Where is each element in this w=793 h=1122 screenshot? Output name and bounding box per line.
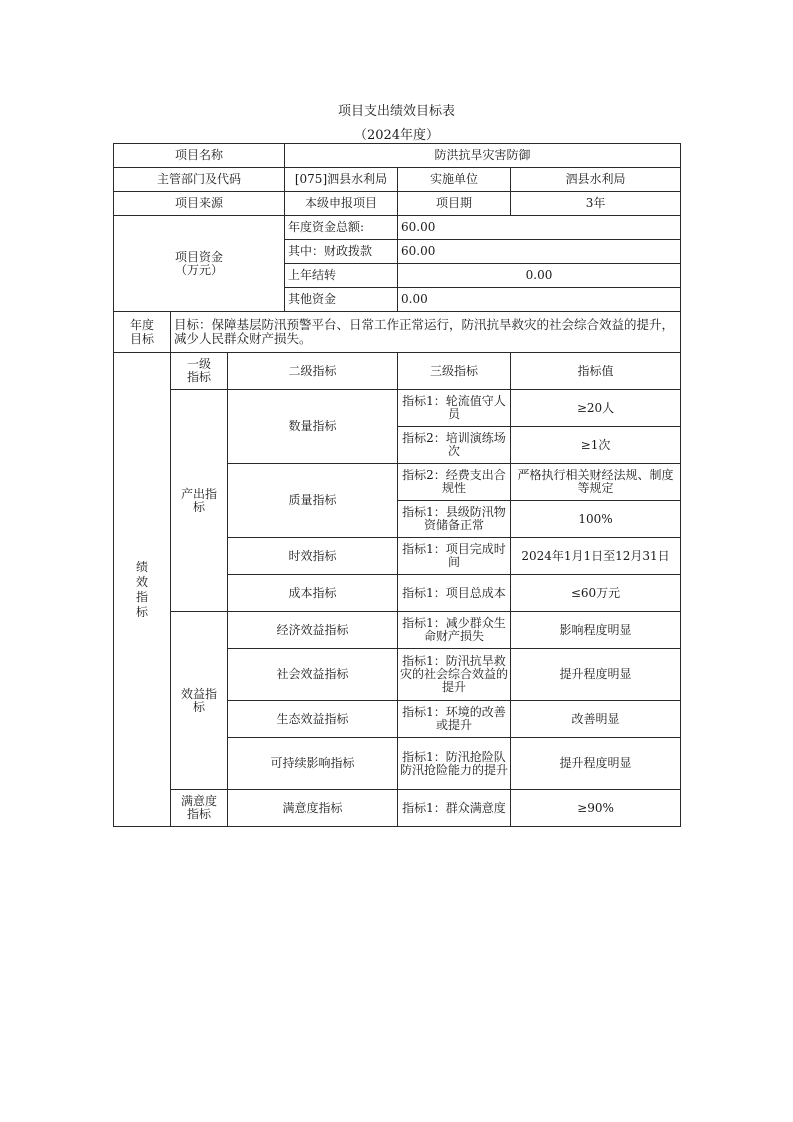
level3-cell: 指标1：项目总成本 (398, 575, 511, 612)
level3-cell: 指标1：防汛抢险队防汛抢险能力的提升 (398, 738, 511, 790)
level3-cell: 指标1：轮流值守人员 (398, 390, 511, 427)
funds-carryover-value: 0.00 (398, 264, 681, 288)
header-level1-text: 一级指标 (185, 358, 213, 384)
value-cell: ≥20人 (511, 390, 681, 427)
value-cell: 严格执行相关财经法规、制度等规定 (511, 464, 681, 501)
value-cell: 100% (511, 501, 681, 538)
level3-cell: 指标2：经费支出合规性 (398, 464, 511, 501)
level3-cell: 指标2：培训演练场次 (398, 427, 511, 464)
level1-output-text: 产出指标 (178, 488, 220, 514)
level3-cell: 指标1：环境的改善或提升 (398, 701, 511, 738)
level1-satisfaction: 满意度指标 (171, 790, 228, 827)
level3-cell: 指标1：县级防汛物资储备正常 (398, 501, 511, 538)
level2-cost: 成本指标 (228, 575, 398, 612)
header-level2: 二级指标 (228, 353, 398, 390)
funds-carryover-label: 上年结转 (285, 264, 398, 288)
level2-timeliness: 时效指标 (228, 538, 398, 575)
value-cell: 2024年1月1日至12月31日 (511, 538, 681, 575)
level2-social: 社会效益指标 (228, 649, 398, 701)
value-cell: 改善明显 (511, 701, 681, 738)
level2-satisfaction: 满意度指标 (228, 790, 398, 827)
funds-label-line2: （万元） (116, 264, 282, 277)
level3-cell: 指标1：防汛抗旱救灾的社会综合效益的提升 (398, 649, 511, 701)
impl-label: 实施单位 (398, 168, 511, 192)
period-label: 项目期 (398, 192, 511, 216)
goal-label: 年度目标 (114, 312, 171, 353)
project-name-label: 项目名称 (114, 144, 285, 168)
level2-sustainable: 可持续影响指标 (228, 738, 398, 790)
value-cell: ≤60万元 (511, 575, 681, 612)
value-cell: ≥90% (511, 790, 681, 827)
source-label: 项目来源 (114, 192, 285, 216)
project-name-value: 防洪抗旱灾害防御 (285, 144, 681, 168)
level2-quality: 质量指标 (228, 464, 398, 538)
level2-quantity: 数量指标 (228, 390, 398, 464)
funds-fiscal-label: 其中：财政拨款 (285, 240, 398, 264)
performance-table: 项目名称 防洪抗旱灾害防御 主管部门及代码 [075]泗县水利局 实施单位 泗县… (113, 143, 681, 827)
goal-label-text: 年度目标 (128, 318, 156, 346)
header-level1: 一级指标 (171, 353, 228, 390)
funds-label: 项目资金 （万元） (114, 216, 285, 312)
header-level3: 三级指标 (398, 353, 511, 390)
level1-satisfaction-text: 满意度指标 (178, 795, 220, 821)
dept-label: 主管部门及代码 (114, 168, 285, 192)
level2-economic: 经济效益指标 (228, 612, 398, 649)
value-cell: ≥1次 (511, 427, 681, 464)
funds-fiscal-value: 60.00 (398, 240, 681, 264)
funds-other-value: 0.00 (398, 288, 681, 312)
source-value: 本级申报项目 (285, 192, 398, 216)
funds-other-label: 其他资金 (285, 288, 398, 312)
level1-benefit-text: 效益指标 (178, 688, 220, 714)
value-cell: 影响程度明显 (511, 612, 681, 649)
value-cell: 提升程度明显 (511, 649, 681, 701)
level1-output: 产出指标 (171, 390, 228, 612)
indicators-section-text: 绩效指标 (135, 560, 149, 620)
header-value: 指标值 (511, 353, 681, 390)
goal-text: 目标：保障基层防汛预警平台、日常工作正常运行，防汛抗旱救灾的社会综合效益的提升，… (171, 312, 681, 353)
level3-cell: 指标1：减少群众生命财产损失 (398, 612, 511, 649)
page-title: 项目支出绩效目标表 (0, 100, 793, 119)
funds-total-value: 60.00 (398, 216, 681, 240)
funds-total-label: 年度资金总额: (285, 216, 398, 240)
level3-cell: 指标1：项目完成时间 (398, 538, 511, 575)
value-cell: 提升程度明显 (511, 738, 681, 790)
dept-value: [075]泗县水利局 (285, 168, 398, 192)
indicators-section-label: 绩效指标 (114, 353, 171, 827)
level1-benefit: 效益指标 (171, 612, 228, 790)
period-value: 3年 (511, 192, 681, 216)
level2-ecological: 生态效益指标 (228, 701, 398, 738)
funds-label-line1: 项目资金 (116, 251, 282, 264)
level3-cell: 指标1：群众满意度 (398, 790, 511, 827)
impl-value: 泗县水利局 (511, 168, 681, 192)
page-subtitle: （2024年度） (0, 124, 793, 143)
